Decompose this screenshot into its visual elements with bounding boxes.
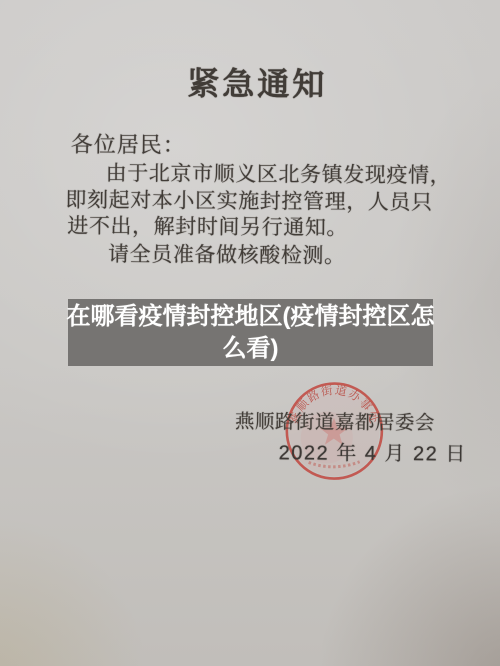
notice-photo: 紧急通知 各位居民： 由于北京市顺义区北务镇发现疫情， 即刻起对本小区实施封控管… bbox=[0, 0, 500, 666]
notice-body-line: 进不出，解封时间另行通知。 bbox=[67, 210, 348, 242]
caption-text-line: 在哪看疫情封控地区(疫情封控区怎 bbox=[67, 301, 435, 333]
notice-salutation: 各位居民： bbox=[71, 128, 186, 160]
signature-line: 燕顺路街道嘉都居委会 bbox=[235, 406, 435, 435]
notice-title: 紧急通知 bbox=[187, 59, 327, 106]
caption-overlay-banner: 在哪看疫情封控地区(疫情封控区怎 么看) bbox=[68, 299, 433, 366]
caption-text-line: 么看) bbox=[223, 333, 279, 365]
notice-body-line: 请全员准备做核酸检测。 bbox=[108, 238, 346, 270]
date-line: 2022 年 4 月 22 日 bbox=[279, 436, 467, 466]
